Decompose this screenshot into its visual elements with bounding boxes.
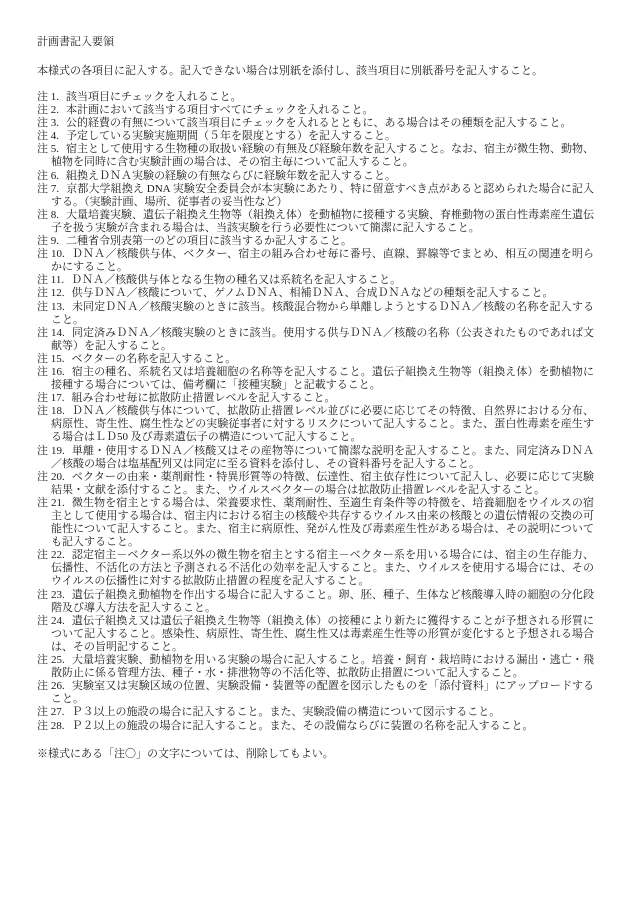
note-label: 注 6. [37,170,59,182]
note-item: 注 20.ベクターの由来・薬剤耐性・特異形質等の特徴、伝達性、宿主依存性について… [37,471,594,497]
note-item: 注 13.未同定ＤＮＡ／核酸実験のときに該当。核酸混合物から単離しようとするＤＮ… [37,301,594,327]
note-item: 注 28.Ｐ２以上の施設の場合に記入すること。また、その設備ならびに装置の名称を… [37,720,594,733]
note-text: 大量培養実験、遺伝子組換え生物等（組換え体）を動植物に接種する実験、脊椎動物の蛋… [51,209,594,234]
note-item: 注 6.組換えＤＮＡ実験の経験の有無ならびに経験年数を記入すること。 [37,170,594,183]
note-text: 予定している実験実施期間（５年を限度とする）を記入すること。 [66,130,396,142]
note-label: 注 25. [37,654,65,666]
note-item: 注 21.微生物を宿主とする場合は、栄養要求性、薬剤耐性、至適生育条件等の特徴を… [37,497,594,549]
note-text: 単離・使用するＤＮＡ／核酸又はその産物等について簡潔な説明を記入すること。また、… [51,445,594,470]
note-label: 注 22. [37,549,65,561]
note-text: 京都大学組換え DNA 実験安全委員会が本実験にあたり、特に留意すべき点があると… [51,183,594,208]
note-text: 該当項目にチェックを入れること。 [66,91,242,103]
note-item: 注 25.大量培養実験、動植物を用いる実験の場合に記入すること。培養・飼育・栽培… [37,654,594,680]
note-text: ＤＮＡ／核酸供与体、ベクター、宿主の組み合わせ毎に番号、直線、罫線等でまとめ、相… [51,248,594,273]
page-title: 計画書記入要領 [37,36,594,49]
note-label: 注 4. [37,130,59,142]
note-text: 組み合わせ毎に拡散防止措置レベルを記入すること。 [72,392,336,404]
note-item: 注 2.本計画において該当する項目すべてにチェックを入れること。 [37,104,594,117]
note-text: 本計画において該当する項目すべてにチェックを入れること。 [66,104,373,116]
note-item: 注 12.供与ＤＮＡ／核酸について、ゲノムＤＮＡ、相補ＤＮＡ、合成ＤＮＡなどの種… [37,287,594,300]
note-label: 注 26. [37,680,65,692]
note-item: 注 23.遺伝子組換え動植物を作出する場合に記入すること。卵、胚、種子、生体など… [37,589,594,615]
note-text: 遺伝子組換え又は遺伝子組換え生物等（組換え体）の接種により新たに獲得することが予… [51,615,594,653]
footer-note: ※様式にある「注〇」の文字については、削除してもよい。 [37,748,594,761]
note-label: 注 3. [37,117,59,129]
note-label: 注 12. [37,287,65,299]
note-label: 注 2. [37,104,59,116]
note-label: 注 15. [37,353,65,365]
note-item: 注 4.予定している実験実施期間（５年を限度とする）を記入すること。 [37,130,594,143]
note-text: 二種省令別表第一のどの項目に該当するか記入すること。 [66,235,352,247]
note-label: 注 7. [37,183,59,195]
note-text: Ｐ３以上の施設の場合に記入すること。また、実験設備の構造について図示すること。 [72,706,501,718]
note-text: 宿主の種名、系統名又は培養細胞の名称等を記入すること。遺伝子組換え生物等（組換え… [51,366,594,391]
note-label: 注 18. [37,405,65,417]
note-label: 注 21. [37,497,65,509]
note-item: 注 15.ベクターの名称を記入すること。 [37,353,594,366]
note-text: ＤＮＡ／核酸供与体となる生物の種名又は系統名を記入すること。 [71,274,401,286]
note-item: 注 11.ＤＮＡ／核酸供与体となる生物の種名又は系統名を記入すること。 [37,274,594,287]
note-text: ベクターの名称を記入すること。 [72,353,237,365]
note-text: 実験室又は実験区域の位置、実験設備・装置等の配置を図示したものを「添付資料」にア… [51,680,594,705]
note-text: 同定済みＤＮＡ／核酸実験のときに該当。使用する供与ＤＮＡ／核酸の名称（公表された… [51,327,594,352]
note-text: 微生物を宿主とする場合は、栄養要求性、薬剤耐性、至適生育条件等の特徴を、培養細胞… [51,497,594,548]
note-label: 注 1. [37,91,59,103]
notes-list: 注 1.該当項目にチェックを入れること。 注 2.本計画において該当する項目すべ… [37,91,594,733]
note-item: 注 24.遺伝子組換え又は遺伝子組換え生物等（組換え体）の接種により新たに獲得す… [37,615,594,654]
note-item: 注 7.京都大学組換え DNA 実験安全委員会が本実験にあたり、特に留意すべき点… [37,183,594,209]
note-item: 注 19.単離・使用するＤＮＡ／核酸又はその産物等について簡潔な説明を記入するこ… [37,445,594,471]
note-label: 注 28. [37,720,65,732]
note-label: 注 10. [37,248,65,260]
note-item: 注 26.実験室又は実験区域の位置、実験設備・装置等の配置を図示したものを「添付… [37,680,594,706]
note-text: Ｐ２以上の施設の場合に記入すること。また、その設備ならびに装置の名称を記入するこ… [72,720,534,732]
note-text: 供与ＤＮＡ／核酸について、ゲノムＤＮＡ、相補ＤＮＡ、合成ＤＮＡなどの種類を記入す… [72,287,554,299]
note-item: 注 10.ＤＮＡ／核酸供与体、ベクター、宿主の組み合わせ毎に番号、直線、罫線等で… [37,248,594,274]
note-text: 大量培養実験、動植物を用いる実験の場合に記入すること。培養・飼育・栽培時における… [51,654,594,679]
note-label: 注 23. [37,589,65,601]
note-item: 注 14.同定済みＤＮＡ／核酸実験のときに該当。使用する供与ＤＮＡ／核酸の名称（… [37,327,594,353]
note-item: 注 5.宿主として使用する生物種の取扱い経験の有無及び経験年数を記入すること。な… [37,143,594,169]
note-label: 注 24. [37,615,65,627]
note-text: 公的経費の有無について該当項目にチェックを入れるとともに、ある場合はその種類を記… [66,117,571,129]
note-item: 注 27.Ｐ３以上の施設の場合に記入すること。また、実験設備の構造について図示す… [37,706,594,719]
note-label: 注 5. [37,143,59,155]
document-page: 計画書記入要領 本様式の各項目に記入する。記入できない場合は別紙を添付し、該当項… [0,0,630,903]
note-label: 注 9. [37,235,59,247]
note-item: 注 22.認定宿主－ベクター系以外の微生物を宿主とする宿主－ベクター系を用いる場… [37,549,594,588]
note-item: 注 8.大量培養実験、遺伝子組換え生物等（組換え体）を動植物に接種する実験、脊椎… [37,209,594,235]
note-text: ＤＮＡ／核酸供与体について、拡散防止措置レベル並びに必要に応じてその特徴、自然界… [51,405,594,443]
note-label: 注 16. [37,366,65,378]
note-label: 注 8. [37,209,59,221]
intro-paragraph: 本様式の各項目に記入する。記入できない場合は別紙を添付し、該当項目に別紙番号を記… [37,65,594,78]
note-text: 認定宿主－ベクター系以外の微生物を宿主とする宿主－ベクター系を用いる場合には、宿… [51,549,594,587]
note-item: 注 3.公的経費の有無について該当項目にチェックを入れるとともに、ある場合はその… [37,117,594,130]
note-item: 注 16.宿主の種名、系統名又は培養細胞の名称等を記入すること。遺伝子組換え生物… [37,366,594,392]
note-text: ベクターの由来・薬剤耐性・特異形質等の特徴、伝達性、宿主依存性について記入し、必… [51,471,594,496]
note-text: 未同定ＤＮＡ／核酸実験のときに該当。核酸混合物から単離しようとするＤＮＡ／核酸の… [51,301,594,326]
note-label: 注 14. [37,327,65,339]
note-label: 注 27. [37,706,65,718]
note-label: 注 11. [37,274,64,286]
note-text: 宿主として使用する生物種の取扱い経験の有無及び経験年数を記入すること。なお、宿主… [51,143,594,168]
note-label: 注 17. [37,392,65,404]
note-item: 注 1.該当項目にチェックを入れること。 [37,91,594,104]
note-item: 注 18.ＤＮＡ／核酸供与体について、拡散防止措置レベル並びに必要に応じてその特… [37,405,594,444]
note-label: 注 19. [37,445,65,457]
note-label: 注 13. [37,301,65,313]
note-text: 遺伝子組換え動植物を作出する場合に記入すること。卵、胚、種子、生体など核酸導入時… [51,589,594,614]
note-label: 注 20. [37,471,65,483]
note-item: 注 9.二種省令別表第一のどの項目に該当するか記入すること。 [37,235,594,248]
note-item: 注 17.組み合わせ毎に拡散防止措置レベルを記入すること。 [37,392,594,405]
note-text: 組換えＤＮＡ実験の経験の有無ならびに経験年数を記入すること。 [66,170,396,182]
